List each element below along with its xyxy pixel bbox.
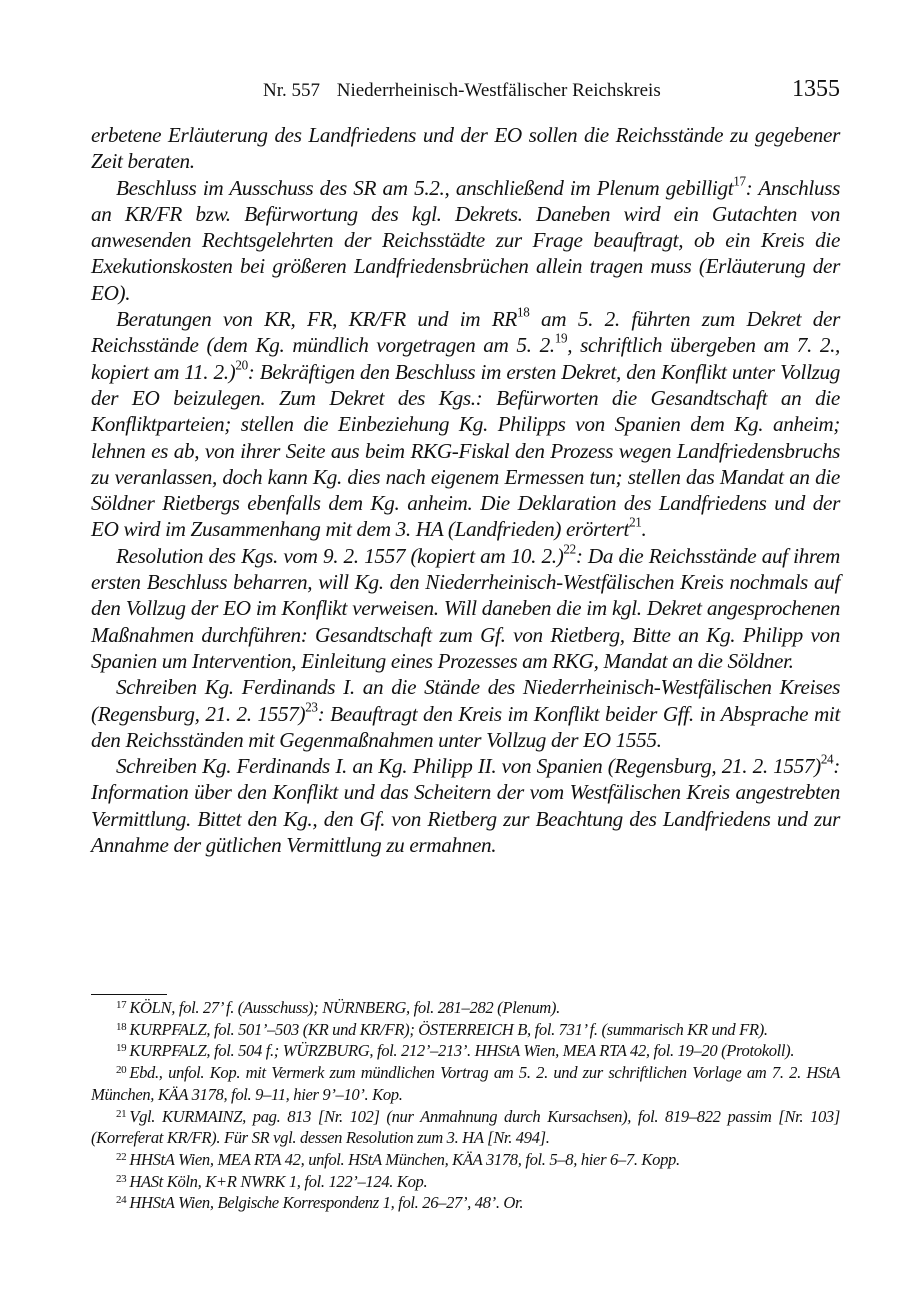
running-head: Nr. 557 Niederrheinisch-Westfälischer Re… <box>263 80 661 102</box>
running-title: Niederrheinisch-Westfälischer Reichskrei… <box>337 80 661 101</box>
footnotes: 17KÖLN, fol. 27’ f. (Ausschuss); NÜRNBER… <box>91 997 840 1214</box>
footnote-text: Vgl. KURMAINZ, pag. 813 [Nr. 102] (nur A… <box>91 1107 840 1148</box>
footnote-reference[interactable]: 24 <box>821 752 833 767</box>
footnote-number: 22 <box>116 1151 126 1163</box>
footnote-number: 24 <box>116 1194 126 1206</box>
footnote: 23HASt Köln, K+R NWRK 1, fol. 122’–124. … <box>91 1171 840 1193</box>
footnote: 18KURPFALZ, fol. 501’–503 (KR und KR/FR)… <box>91 1019 840 1041</box>
footnote: 19KURPFALZ, fol. 504 f.; WÜRZBURG, fol. … <box>91 1040 840 1062</box>
paragraph-text: Schreiben Kg. Ferdinands I. an Kg. Phili… <box>116 754 821 778</box>
footnote-number: 18 <box>116 1021 126 1033</box>
footnote-reference[interactable]: 22 <box>563 541 575 556</box>
footnote-reference[interactable]: 18 <box>517 305 529 320</box>
footnote-reference[interactable]: 20 <box>235 357 247 372</box>
page-number: 1355 <box>792 76 840 103</box>
document-number: Nr. 557 <box>263 80 320 101</box>
footnote: 22HHStA Wien, MEA RTA 42, unfol. HStA Mü… <box>91 1149 840 1171</box>
footnote-reference[interactable]: 23 <box>305 699 317 714</box>
footnote-number: 21 <box>116 1108 126 1120</box>
paragraph: erbetene Erläuterung des Landfriedens un… <box>91 122 840 175</box>
footnote-number: 19 <box>116 1042 126 1054</box>
paragraph-text: Beschluss im Ausschuss des SR am 5.2., a… <box>116 176 733 200</box>
footnote-reference[interactable]: 17 <box>733 173 745 188</box>
page-header: Nr. 557 Niederrheinisch-Westfälischer Re… <box>91 76 840 106</box>
footnote-text: HASt Köln, K+R NWRK 1, fol. 122’–124. Ko… <box>129 1172 427 1191</box>
footnote: 20Ebd., unfol. Kop. mit Vermerk zum münd… <box>91 1062 840 1105</box>
footnote-number: 17 <box>116 999 126 1011</box>
paragraph: Schreiben Kg. Ferdinands I. an Kg. Phili… <box>91 753 840 858</box>
footnote-text: HHStA Wien, Belgische Korrespondenz 1, f… <box>129 1193 523 1212</box>
footnote-reference[interactable]: 21 <box>629 515 641 530</box>
footnote: 21Vgl. KURMAINZ, pag. 813 [Nr. 102] (nur… <box>91 1106 840 1149</box>
footnote: 17KÖLN, fol. 27’ f. (Ausschuss); NÜRNBER… <box>91 997 840 1019</box>
footnote-text: KURPFALZ, fol. 504 f.; WÜRZBURG, fol. 21… <box>129 1041 794 1060</box>
footnote-number: 23 <box>116 1173 126 1185</box>
footnote-number: 20 <box>116 1064 126 1076</box>
paragraph: Schreiben Kg. Ferdinands I. an die Ständ… <box>91 674 840 753</box>
footnote-text: HHStA Wien, MEA RTA 42, unfol. HStA Münc… <box>129 1150 679 1169</box>
footnote-text: Ebd., unfol. Kop. mit Vermerk zum mündli… <box>91 1063 840 1104</box>
paragraph-text: Beratungen von KR, FR, KR/FR und im RR <box>116 307 517 331</box>
paragraph-text: erbetene Erläuterung des Landfriedens un… <box>91 123 840 173</box>
paragraph: Beratungen von KR, FR, KR/FR und im RR18… <box>91 306 840 543</box>
paragraph-text: Resolution des Kgs. vom 9. 2. 1557 (kopi… <box>116 544 563 568</box>
main-text: erbetene Erläuterung des Landfriedens un… <box>91 122 840 858</box>
paragraph: Beschluss im Ausschuss des SR am 5.2., a… <box>91 175 840 306</box>
footnote: 24HHStA Wien, Belgische Korrespondenz 1,… <box>91 1192 840 1214</box>
paragraph-text: : Bekräftigen den Beschluss im ersten De… <box>91 360 840 542</box>
paragraph-text: . <box>642 517 647 541</box>
footnote-text: KÖLN, fol. 27’ f. (Ausschuss); NÜRNBERG,… <box>129 998 560 1017</box>
footnote-divider <box>91 994 167 995</box>
footnote-reference[interactable]: 19 <box>555 331 567 346</box>
footnote-text: KURPFALZ, fol. 501’–503 (KR und KR/FR); … <box>129 1020 767 1039</box>
paragraph: Resolution des Kgs. vom 9. 2. 1557 (kopi… <box>91 543 840 674</box>
